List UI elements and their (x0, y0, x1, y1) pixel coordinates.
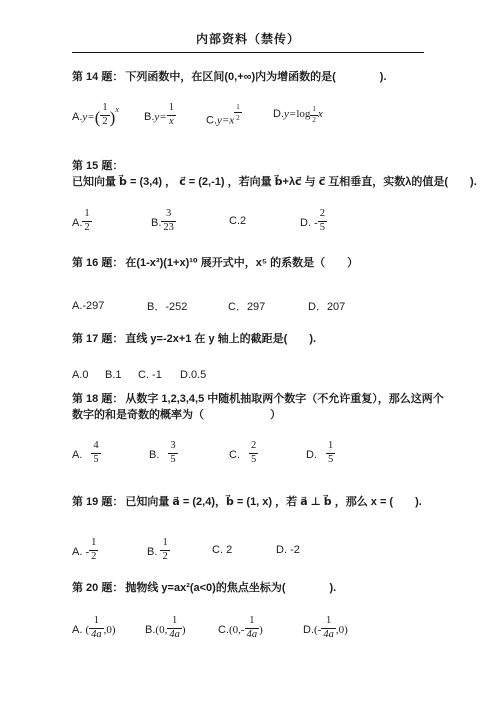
fraction: 25 (318, 209, 327, 234)
question-15-number: 第 15 题： (72, 160, 123, 172)
question-18-option-b: B.35 (149, 441, 229, 466)
question-18-text-line2: 数字的和是奇数的概率为（ ） (72, 407, 460, 423)
question-17-number: 第 17 题： (72, 333, 123, 345)
fraction: 45 (91, 441, 100, 466)
question-16-options: A.-297 B．-252 C．297 D．207 (72, 298, 460, 314)
question-14-text: 下列函数中，在区间(0,+∞)内为增函数的是( ). (125, 71, 386, 83)
question-15-option-d: D. -25 (300, 209, 327, 234)
exponent-fraction: 12 (234, 104, 242, 122)
exam-page: 内部资料（禁传） 第 14 题：下列函数中，在区间(0,+∞)内为增函数的是( … (0, 0, 500, 643)
fraction: 15 (326, 441, 335, 466)
question-15-option-a: A.12 (72, 209, 151, 234)
question-17-option-c: C. -1 (138, 369, 180, 381)
question-18-number: 第 18 题： (72, 393, 123, 405)
page-title: 内部资料（禁传） (196, 32, 300, 46)
question-18-options: A.45 B.35 C.25 D.15 (72, 440, 460, 466)
fraction: 1x (167, 103, 176, 128)
question-16-option-a: A.-297 (72, 300, 147, 312)
question-15-option-b: B.323 (151, 209, 229, 234)
question-17-option-a: A.0 (72, 369, 105, 381)
question-18-title: 第 18 题：从数字 1,2,3,4,5 中随机抽取两个数字（不允许重复），那么… (72, 391, 460, 407)
question-15-option-c: C.2 (229, 215, 300, 227)
question-15-title: 第 15 题： (72, 158, 460, 174)
question-17-options: A.0 B.1 C. -1 D.0.5 (72, 369, 460, 381)
question-19-number: 第 19 题： (72, 496, 123, 508)
question-16-option-d: D．207 (308, 298, 345, 314)
question-18-option-a: A.45 (72, 441, 149, 466)
fraction: 12 (89, 538, 98, 563)
question-17-title: 第 17 题：直线 y=-2x+1 在 y 轴上的截距是( ). (72, 331, 460, 347)
question-20-option-d: D.(-14a,0) (303, 616, 348, 641)
question-14-number: 第 14 题： (72, 71, 123, 83)
question-19-text: 已知向量 a⃗ = (2,4)，b⃗ = (1, x) ，若 a⃗ ⊥ b⃗ ，… (125, 496, 421, 508)
question-19-option-d: D. -2 (276, 544, 300, 556)
question-20-option-a: A. (14a,0) (72, 616, 145, 641)
question-16-title: 第 16 题：在(1-x³)(1+x)¹⁰ 展开式中，x⁵ 的系数是（ ） (72, 255, 460, 271)
subscript-fraction: 12 (310, 106, 318, 124)
question-14-option-c: C.y=x12 (206, 104, 273, 127)
question-20-number: 第 20 题： (72, 582, 123, 594)
question-14-option-d: D.y=log12x (273, 106, 323, 124)
question-14-option-a: A.y=(12)x (72, 103, 144, 128)
question-15-options: A.12 B.323 C.2 D. -25 (72, 208, 460, 234)
question-17-text: 直线 y=-2x+1 在 y 轴上的截距是( ). (125, 333, 316, 345)
fraction: 25 (249, 441, 258, 466)
question-19-option-a: A. -12 (72, 538, 147, 563)
question-20-options: A. (14a,0) B.(0,14a) C.(0,-14a) D.(-14a,… (72, 613, 460, 643)
question-19-title: 第 19 题：已知向量 a⃗ = (2,4)，b⃗ = (1, x) ，若 a⃗… (72, 494, 460, 510)
question-20-text: 抛物线 y=ax²(a<0)的焦点坐标为( ). (125, 582, 336, 594)
question-16-option-b: B．-252 (147, 298, 228, 314)
fraction: 12 (82, 209, 91, 234)
question-20-option-c: C.(0,-14a) (218, 616, 303, 641)
question-17-option-d: D.0.5 (180, 369, 206, 381)
question-18-option-c: C.25 (229, 441, 306, 466)
question-16-number: 第 16 题： (72, 257, 123, 269)
fraction: 14a (321, 616, 336, 641)
fraction: 12 (100, 103, 109, 128)
question-19-options: A. -12 B. 12 C. 2 D. -2 (72, 537, 460, 563)
question-20-title: 第 20 题：抛物线 y=ax²(a<0)的焦点坐标为( ). (72, 580, 460, 596)
question-15-text: 已知向量 b⃗ = (3,4) ， c⃗ = (2,-1) ，若向量 b⃗+λc… (72, 174, 460, 190)
question-18-option-d: D.15 (306, 441, 335, 466)
question-14-title: 第 14 题：下列函数中，在区间(0,+∞)内为增函数的是( ). (72, 69, 460, 85)
question-19-option-b: B. 12 (147, 538, 212, 563)
question-18-text-line1: 从数字 1,2,3,4,5 中随机抽取两个数字（不允许重复），那么这两个 (125, 393, 443, 405)
fraction: 14a (89, 616, 104, 641)
question-20-option-b: B.(0,14a) (145, 616, 218, 641)
question-14-option-b: B.y=1x (144, 103, 206, 128)
question-14-options: A.y=(12)x B.y=1x C.y=x12 D.y=log12x (72, 100, 460, 130)
fraction: 323 (161, 209, 176, 234)
fraction: 35 (168, 441, 177, 466)
fraction: 14a (245, 616, 260, 641)
page-header: 内部资料（禁传） (72, 30, 424, 53)
question-19-option-c: C. 2 (212, 544, 276, 556)
question-16-text: 在(1-x³)(1+x)¹⁰ 展开式中，x⁵ 的系数是（ ） (125, 257, 358, 269)
fraction: 14a (167, 616, 182, 641)
fraction: 12 (160, 538, 169, 563)
question-17-option-b: B.1 (105, 369, 138, 381)
question-16-option-c: C．297 (228, 298, 308, 314)
